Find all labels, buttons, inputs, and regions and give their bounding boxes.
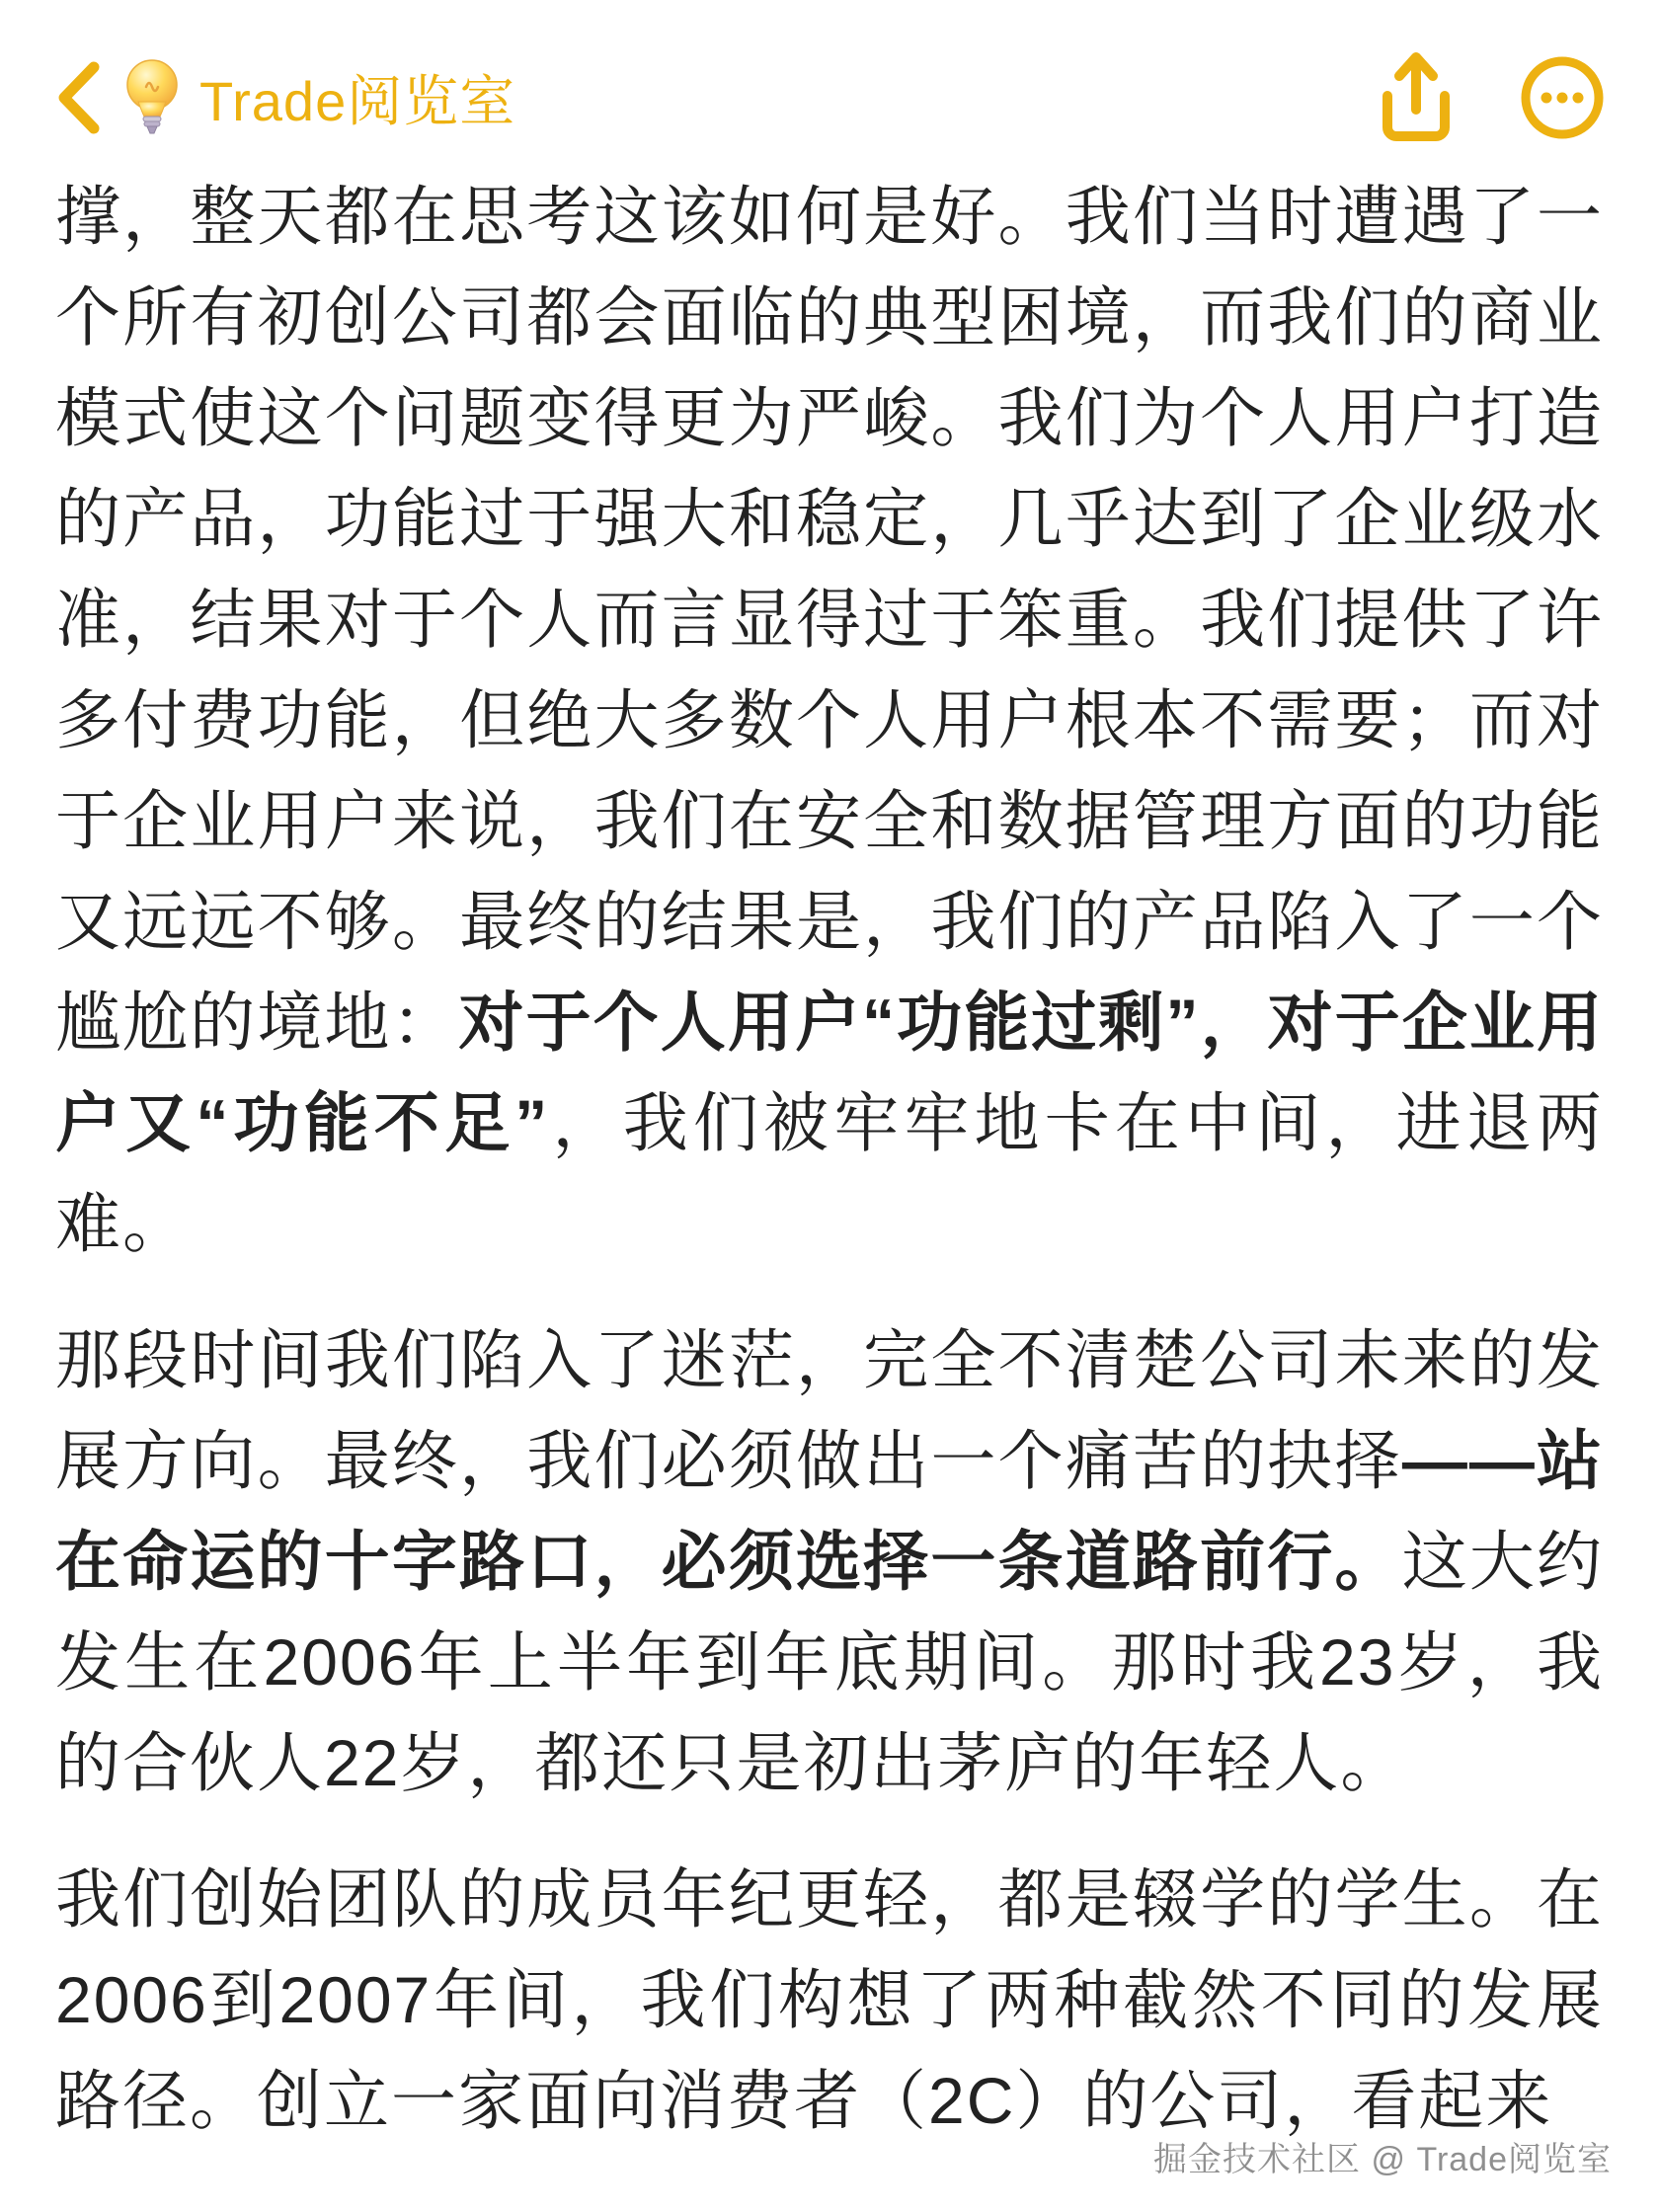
back-button[interactable] [51, 53, 107, 142]
share-icon [1376, 48, 1457, 147]
paragraph: 撑，整天都在思考这该如何是好。我们当时遭遇了一个所有初创公司都会面临的典型困境，… [55, 166, 1604, 1274]
more-options-button[interactable] [1517, 46, 1608, 149]
lightbulb-icon [120, 57, 184, 138]
text-run: 我们创始团队的成员年纪更轻，都是辍学的学生。在2006到2007年间，我们构想了… [55, 1862, 1604, 2137]
text-run: 那段时间我们陷入了迷茫，完全不清楚公司未来的发展方向。最终，我们必须做出一个痛苦… [55, 1323, 1604, 1497]
text-run: 撑，整天都在思考这该如何是好。我们当时遭遇了一个所有初创公司都会面临的典型困境，… [55, 180, 1604, 1059]
paragraph: 我们创始团队的成员年纪更轻，都是辍学的学生。在2006到2007年间，我们构想了… [55, 1849, 1604, 2151]
page-title: Trade阅览室 [199, 58, 515, 137]
chevron-left-icon [56, 59, 102, 136]
paragraph: 那段时间我们陷入了迷茫，完全不清楚公司未来的发展方向。最终，我们必须做出一个痛苦… [55, 1309, 1604, 1813]
navigation-bar: Trade阅览室 [0, 0, 1659, 156]
more-options-icon [1519, 54, 1606, 141]
watermark: 掘金技术社区 @ Trade阅览室 [1153, 2132, 1612, 2180]
article-body: 撑，整天都在思考这该如何是好。我们当时遭遇了一个所有初创公司都会面临的典型困境，… [0, 156, 1659, 2151]
share-button[interactable] [1369, 46, 1463, 149]
